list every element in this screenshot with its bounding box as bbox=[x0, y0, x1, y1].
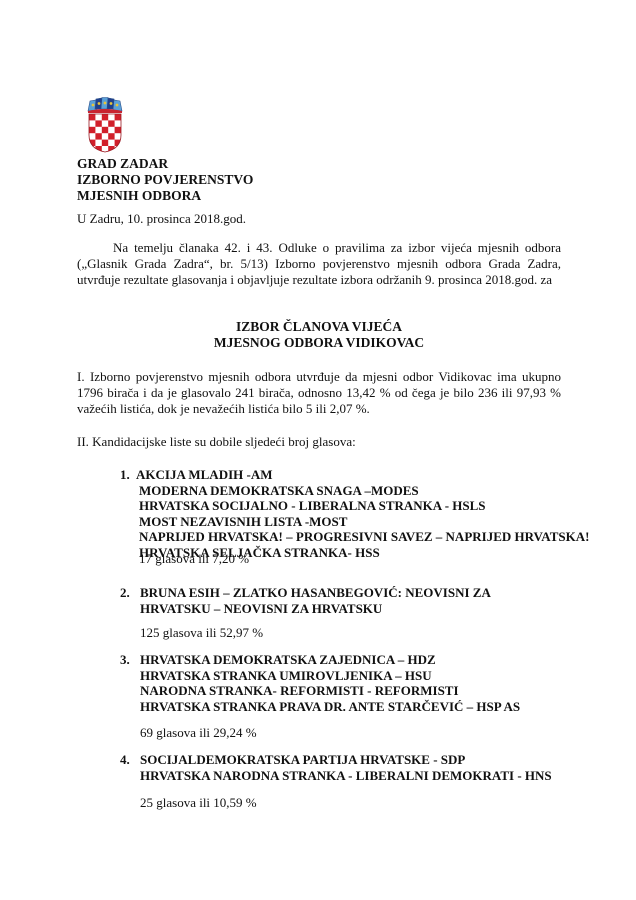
list-number: 2. bbox=[120, 585, 130, 601]
list-number: 1. bbox=[120, 467, 130, 483]
section-1-turnout: I. Izborno povjerenstvo mjesnih odbora u… bbox=[77, 369, 561, 417]
party-name: HRVATSKU – NEOVISNI ZA HRVATSKU bbox=[140, 601, 491, 617]
intro-text: Na temelju članaka 42. i 43. Odluke o pr… bbox=[77, 240, 561, 287]
document-page: GRAD ZADAR IZBORNO POVJERENSTVO MJESNIH … bbox=[0, 0, 636, 900]
title-line-2: MJESNOG ODBORA VIDIKOVAC bbox=[77, 335, 561, 351]
party-name: NARODNA STRANKA- REFORMISTI - REFORMISTI bbox=[140, 683, 520, 699]
header-line-committees: MJESNIH ODBORA bbox=[77, 188, 253, 204]
header-line-commission: IZBORNO POVJERENSTVO bbox=[77, 172, 253, 188]
title-line-1: IZBOR ČLANOVA VIJEĆA bbox=[77, 319, 561, 335]
list-parties: SOCIJALDEMOKRATSKA PARTIJA HRVATSKE - SD… bbox=[140, 752, 552, 783]
party-name: HRVATSKA NARODNA STRANKA - LIBERALNI DEM… bbox=[140, 768, 552, 784]
list-votes: 17 glasova ili 7,20 % bbox=[139, 551, 249, 567]
list-parties: AKCIJA MLADIH -AM MODERNA DEMOKRATSKA SN… bbox=[136, 467, 589, 560]
coat-of-arms-icon bbox=[85, 97, 125, 153]
party-name: MOST NEZAVISNIH LISTA -MOST bbox=[136, 514, 589, 530]
party-name: HRVATSKA DEMOKRATSKA ZAJEDNICA – HDZ bbox=[140, 652, 520, 668]
party-name: HRVATSKA SOCIJALNO - LIBERALNA STRANKA -… bbox=[136, 498, 589, 514]
date-line: U Zadru, 10. prosinca 2018.god. bbox=[77, 211, 246, 227]
list-votes: 25 glasova ili 10,59 % bbox=[140, 795, 257, 811]
party-name: HRVATSKA STRANKA UMIROVLJENIKA – HSU bbox=[140, 668, 520, 684]
party-name: SOCIJALDEMOKRATSKA PARTIJA HRVATSKE - SD… bbox=[140, 752, 552, 768]
issuer-header: GRAD ZADAR IZBORNO POVJERENSTVO MJESNIH … bbox=[77, 156, 253, 204]
list-votes: 125 glasova ili 52,97 % bbox=[140, 625, 263, 641]
header-line-city: GRAD ZADAR bbox=[77, 156, 253, 172]
document-title: IZBOR ČLANOVA VIJEĆA MJESNOG ODBORA VIDI… bbox=[77, 319, 561, 351]
party-name: BRUNA ESIH – ZLATKO HASANBEGOVIĆ: NEOVIS… bbox=[140, 585, 491, 601]
party-name: HRVATSKA STRANKA PRAVA DR. ANTE STARČEVI… bbox=[140, 699, 520, 715]
intro-paragraph: Na temelju članaka 42. i 43. Odluke o pr… bbox=[77, 240, 561, 288]
list-parties: HRVATSKA DEMOKRATSKA ZAJEDNICA – HDZ HRV… bbox=[140, 652, 520, 714]
list-number: 4. bbox=[120, 752, 130, 768]
party-name: MODERNA DEMOKRATSKA SNAGA –MODES bbox=[136, 483, 589, 499]
list-votes: 69 glasova ili 29,24 % bbox=[140, 725, 257, 741]
party-name: NAPRIJED HRVATSKA! – PROGRESIVNI SAVEZ –… bbox=[136, 529, 589, 545]
list-parties: BRUNA ESIH – ZLATKO HASANBEGOVIĆ: NEOVIS… bbox=[140, 585, 491, 616]
list-number: 3. bbox=[120, 652, 130, 668]
section-2-heading: II. Kandidacijske liste su dobile sljede… bbox=[77, 434, 356, 450]
party-name: AKCIJA MLADIH -AM bbox=[136, 467, 589, 483]
